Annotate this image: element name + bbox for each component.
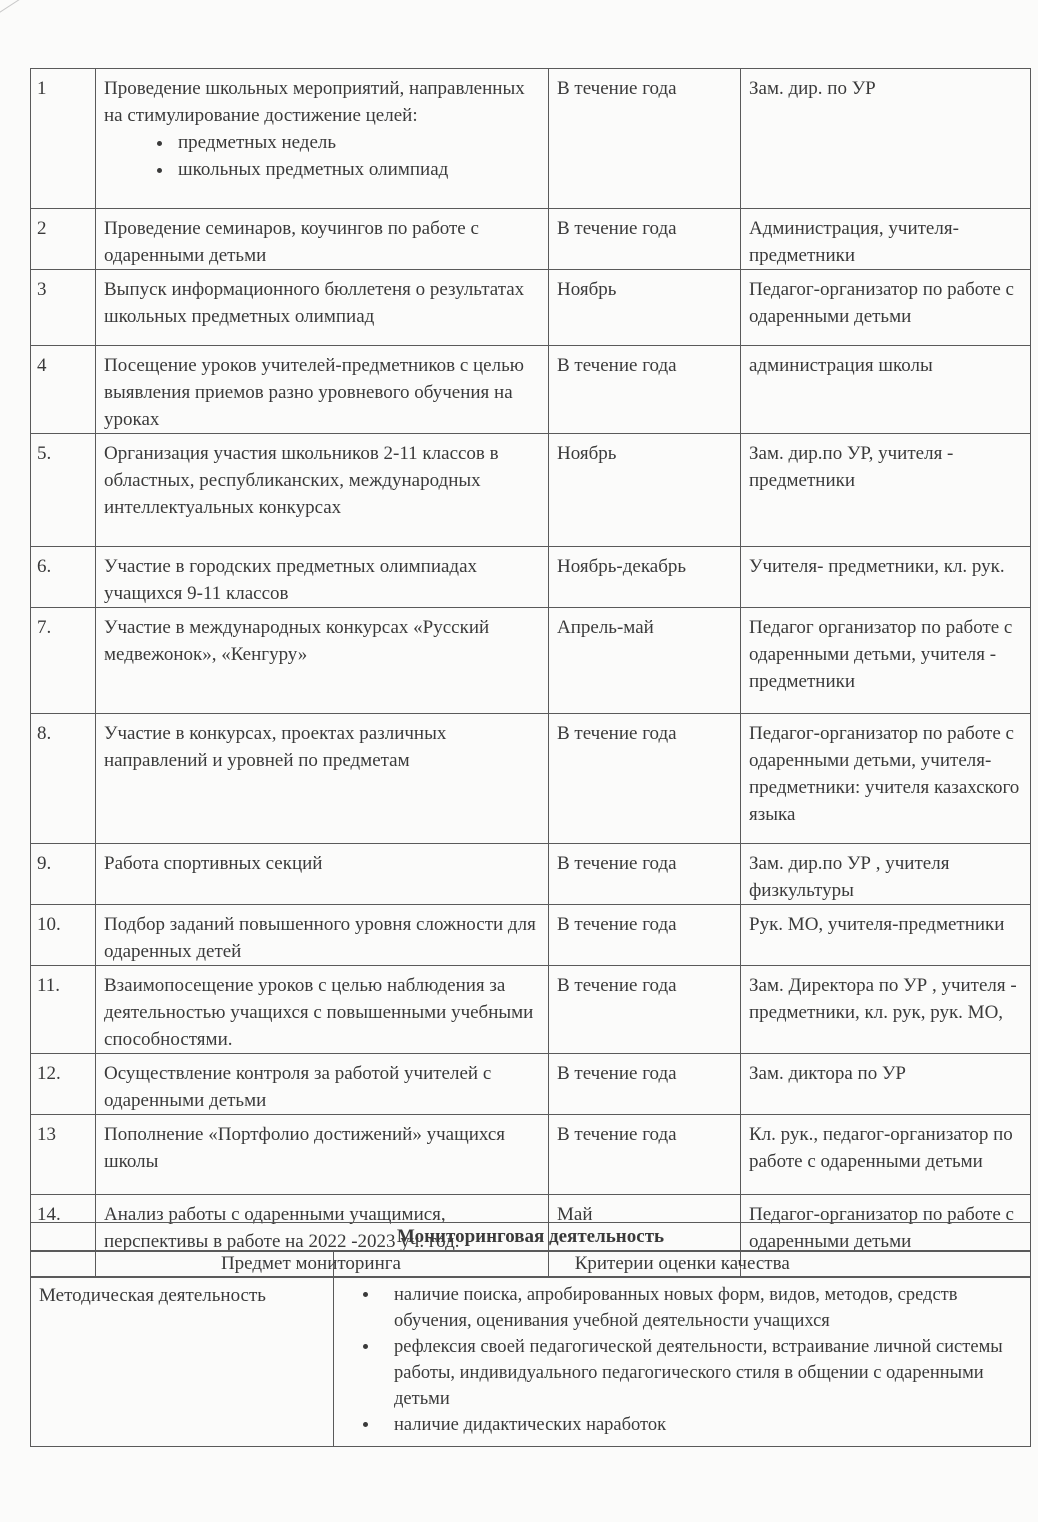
- activity-cell: Выпуск информационного бюллетеня о резул…: [96, 270, 549, 346]
- activity-text: Проведение семинаров, коучингов по работ…: [104, 215, 540, 269]
- table-row: 4Посещение уроков учителей-предметников …: [31, 346, 1031, 434]
- activity-bullet: предметных недель: [174, 129, 540, 156]
- responsible-cell: Зам. Директора по УР , учителя - предмет…: [741, 966, 1031, 1054]
- table-row: 13Пополнение «Портфолио достижений» учащ…: [31, 1115, 1031, 1195]
- activity-cell: Осуществление контроля за работой учител…: [96, 1054, 549, 1115]
- activity-cell: Организация участия школьников 2-11 клас…: [96, 434, 549, 547]
- activity-cell: Участие в международных конкурсах «Русск…: [96, 608, 549, 714]
- activity-cell: Взаимопосещение уроков с целью наблюдени…: [96, 966, 549, 1054]
- table-row: 11.Взаимопосещение уроков с целью наблюд…: [31, 966, 1031, 1054]
- activity-cell: Проведение семинаров, коучингов по работ…: [96, 209, 549, 270]
- activity-cell: Участие в конкурсах, проектах различных …: [96, 714, 549, 844]
- row-number: 12.: [31, 1054, 96, 1115]
- paper-fold-mark: [0, 0, 66, 19]
- activity-cell: Посещение уроков учителей-предметников с…: [96, 346, 549, 434]
- timing-cell: В течение года: [549, 1054, 741, 1115]
- row-number: 3: [31, 270, 96, 346]
- responsible-cell: Педагог организатор по работе с одаренны…: [741, 608, 1031, 714]
- table-row: 7.Участие в международных конкурсах «Рус…: [31, 608, 1031, 714]
- timing-cell: Ноябрь-декабрь: [549, 547, 741, 608]
- monitoring-subject: Методическая деятельность: [31, 1278, 334, 1447]
- activity-cell: Проведение школьных мероприятий, направл…: [96, 69, 549, 209]
- row-number: 1: [31, 69, 96, 209]
- activity-text: Выпуск информационного бюллетеня о резул…: [104, 276, 540, 330]
- activity-text: Подбор заданий повышенного уровня сложно…: [104, 911, 540, 965]
- responsible-cell: Зам. дир.по УР, учителя - предметники: [741, 434, 1031, 547]
- row-number: 8.: [31, 714, 96, 844]
- activity-text: Посещение уроков учителей-предметников с…: [104, 352, 540, 433]
- table-row: 12.Осуществление контроля за работой учи…: [31, 1054, 1031, 1115]
- criteria-item: наличие дидактических наработок: [380, 1412, 1022, 1438]
- activity-cell: Участие в городских предметных олимпиада…: [96, 547, 549, 608]
- responsible-cell: Кл. рук., педагог-организатор по работе …: [741, 1115, 1031, 1195]
- activity-text: Проведение школьных мероприятий, направл…: [104, 75, 540, 129]
- activity-cell: Пополнение «Портфолио достижений» учащих…: [96, 1115, 549, 1195]
- responsible-cell: Учителя- предметники, кл. рук.: [741, 547, 1031, 608]
- row-number: 7.: [31, 608, 96, 714]
- table-row: 5.Организация участия школьников 2-11 кл…: [31, 434, 1031, 547]
- column-header-subject: Предмет мониторинга: [31, 1252, 334, 1277]
- responsible-cell: Педагог-организатор по работе с одаренны…: [741, 270, 1031, 346]
- table-row: 6.Участие в городских предметных олимпиа…: [31, 547, 1031, 608]
- activity-text: Осуществление контроля за работой учител…: [104, 1060, 540, 1114]
- timing-cell: В течение года: [549, 714, 741, 844]
- activity-cell: Работа спортивных секций: [96, 844, 549, 905]
- monitoring-section-title: Мониторинговая деятельность: [31, 1223, 1031, 1251]
- row-number: 4: [31, 346, 96, 434]
- table-row: 1Проведение школьных мероприятий, направ…: [31, 69, 1031, 209]
- criteria-item: наличие поиска, апробированных новых фор…: [380, 1282, 1022, 1334]
- responsible-cell: Зам. диктора по УР: [741, 1054, 1031, 1115]
- responsible-cell: Администрация, учителя-предметники: [741, 209, 1031, 270]
- row-number: 10.: [31, 905, 96, 966]
- timing-cell: В течение года: [549, 209, 741, 270]
- timing-cell: В течение года: [549, 346, 741, 434]
- responsible-cell: Рук. МО, учителя-предметники: [741, 905, 1031, 966]
- criteria-item: рефлексия своей педагогической деятельно…: [380, 1334, 1022, 1412]
- table-row: 8.Участие в конкурсах, проектах различны…: [31, 714, 1031, 844]
- activity-text: Организация участия школьников 2-11 клас…: [104, 440, 540, 521]
- activity-bullet: школьных предметных олимпиад: [174, 156, 540, 183]
- row-number: 11.: [31, 966, 96, 1054]
- timing-cell: В течение года: [549, 966, 741, 1054]
- activity-bullet-list: предметных недельшкольных предметных оли…: [104, 129, 540, 183]
- responsible-cell: Зам. дир. по УР: [741, 69, 1031, 209]
- timing-cell: В течение года: [549, 69, 741, 209]
- monitoring-criteria: наличие поиска, апробированных новых фор…: [334, 1278, 1031, 1447]
- row-number: 9.: [31, 844, 96, 905]
- table-row: 9.Работа спортивных секцийВ течение года…: [31, 844, 1031, 905]
- activity-text: Взаимопосещение уроков с целью наблюдени…: [104, 972, 540, 1053]
- activity-text: Участие в международных конкурсах «Русск…: [104, 614, 540, 668]
- timing-cell: В течение года: [549, 844, 741, 905]
- timing-cell: В течение года: [549, 1115, 741, 1195]
- responsible-cell: администрация школы: [741, 346, 1031, 434]
- timing-cell: В течение года: [549, 905, 741, 966]
- activity-cell: Подбор заданий повышенного уровня сложно…: [96, 905, 549, 966]
- activity-text: Участие в городских предметных олимпиада…: [104, 553, 540, 607]
- column-header-criteria: Критерии оценки качества: [334, 1252, 1031, 1277]
- row-number: 5.: [31, 434, 96, 547]
- activity-plan-table: 1Проведение школьных мероприятий, направ…: [30, 68, 1031, 1277]
- timing-cell: Ноябрь: [549, 270, 741, 346]
- activity-text: Работа спортивных секций: [104, 850, 540, 877]
- table-row: 2Проведение семинаров, коучингов по рабо…: [31, 209, 1031, 270]
- responsible-cell: Зам. дир.по УР , учителя физкультуры: [741, 844, 1031, 905]
- responsible-cell: Педагог-организатор по работе с одаренны…: [741, 714, 1031, 844]
- timing-cell: Апрель-май: [549, 608, 741, 714]
- activity-text: Участие в конкурсах, проектах различных …: [104, 720, 540, 774]
- table-row: 3Выпуск информационного бюллетеня о резу…: [31, 270, 1031, 346]
- row-number: 2: [31, 209, 96, 270]
- timing-cell: Ноябрь: [549, 434, 741, 547]
- table-row: 10.Подбор заданий повышенного уровня сло…: [31, 905, 1031, 966]
- activity-text: Пополнение «Портфолио достижений» учащих…: [104, 1121, 540, 1175]
- monitoring-table: Мониторинговая деятельность Предмет мони…: [30, 1222, 1031, 1447]
- row-number: 13: [31, 1115, 96, 1195]
- row-number: 6.: [31, 547, 96, 608]
